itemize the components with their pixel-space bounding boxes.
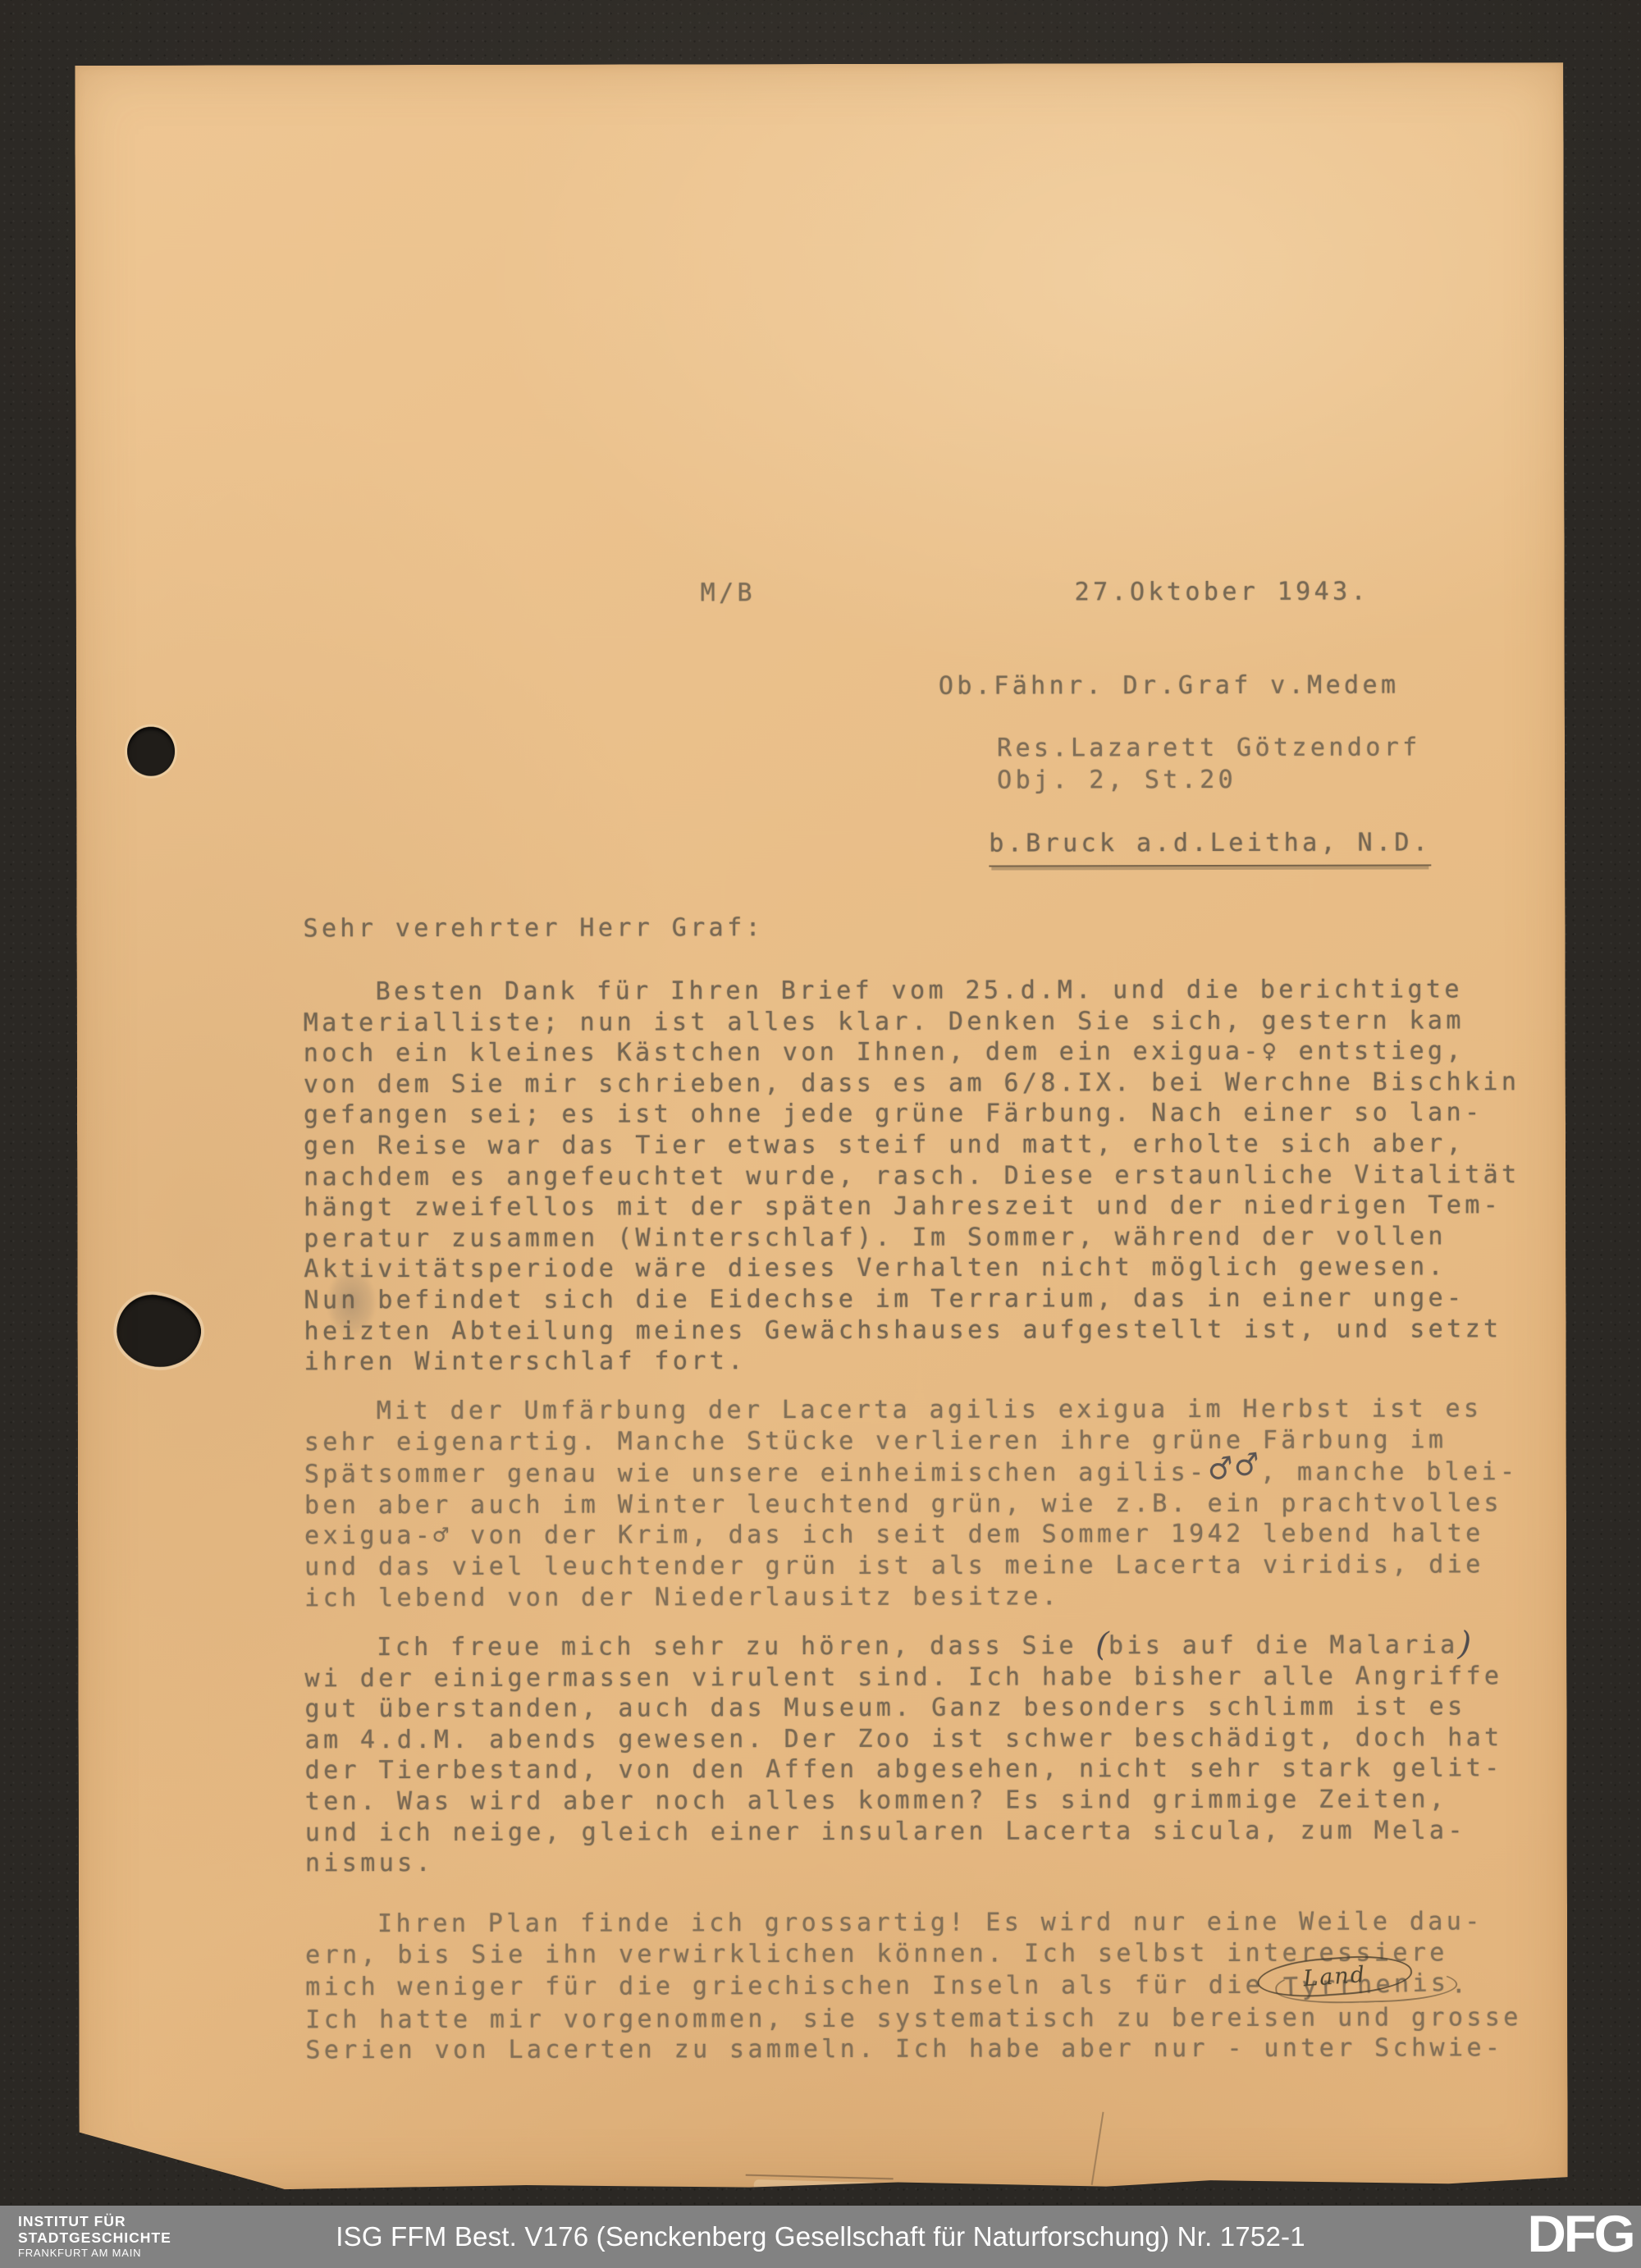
typed-line: Besten Dank für Ihren Brief vom 25.d.M. … bbox=[304, 974, 1562, 1008]
typed-line: ihren Winterschlaf fort. bbox=[304, 1344, 1563, 1378]
typed-text: Spätsommer genau wie unsere einheimische… bbox=[304, 1458, 1208, 1488]
typed-line: noch ein kleines Kästchen von Ihnen, dem… bbox=[304, 1036, 1562, 1069]
typed-line: sehr eigenartig. Manche Stücke verlieren… bbox=[304, 1424, 1563, 1458]
typed-text: Serien von Lacerten zu sammeln. Ich habe… bbox=[305, 2034, 1503, 2065]
typed-text: nismus. bbox=[305, 1849, 434, 1877]
paper-tear-fibre bbox=[754, 2179, 877, 2194]
typed-line: gen Reise war das Tier etwas steif und m… bbox=[304, 1128, 1562, 1162]
typed-text: heizten Abteilung meines Gewächshauses a… bbox=[304, 1315, 1502, 1346]
typed-line: gefangen sei; es ist ohne jede grüne Fär… bbox=[304, 1097, 1562, 1131]
typed-text: der Tierbestand, von den Affen abgesehen… bbox=[305, 1754, 1503, 1786]
typed-text: exigua-♂ von der Krim, das ich seit dem … bbox=[304, 1520, 1484, 1551]
typed-line: Materialliste; nun ist alles klar. Denke… bbox=[304, 1005, 1562, 1039]
typed-line: und ich neige, gleich einer insularen La… bbox=[305, 1815, 1564, 1849]
typed-line: Ich hatte mir vorgenommen, sie systemati… bbox=[305, 2002, 1564, 2036]
typed-text: Ihren Plan finde ich grossartig! Es wird… bbox=[377, 1907, 1483, 1938]
dfg-logo: DFG bbox=[1528, 2205, 1634, 2264]
typed-line: von dem Sie mir schrieben, dass es am 6/… bbox=[304, 1067, 1562, 1100]
typed-line: peratur zusammen (Winterschlaf). Im Somm… bbox=[304, 1221, 1562, 1255]
typed-text: mich weniger für die griechischen Inseln… bbox=[305, 1971, 1282, 2001]
letter-date: 27.Oktober 1943. bbox=[1075, 577, 1369, 608]
typed-text: ben aber auch im Winter leuchtend grün, … bbox=[304, 1488, 1502, 1520]
typed-text: und das viel leuchtender grün ist als me… bbox=[304, 1550, 1484, 1581]
recipient-hospital: Res.Lazarett Götzendorf bbox=[997, 732, 1421, 764]
punch-hole-top bbox=[127, 727, 175, 776]
typed-text: Aktivitätsperiode wäre dieses Verhalten … bbox=[304, 1253, 1447, 1284]
typed-text: Nun befindet sich die Eidechse im Terrar… bbox=[304, 1283, 1465, 1315]
typed-line: wi der einigermassen virulent sind. Ich … bbox=[304, 1661, 1563, 1694]
typed-text: ihren Winterschlaf fort. bbox=[304, 1347, 747, 1376]
paper-tear-bottom-right bbox=[1091, 2112, 1104, 2185]
typed-line: ten. Was wird aber noch alles kommen? Es… bbox=[305, 1784, 1564, 1818]
typed-text: ten. Was wird aber noch alles kommen? Es… bbox=[305, 1785, 1448, 1816]
typist-reference: M/B bbox=[701, 578, 756, 609]
archive-footer-bar: INSTITUT FÜR STADTGESCHICHTE FRANKFURT A… bbox=[0, 2206, 1641, 2268]
typed-line: Ich freue mich sehr zu hören, dass Sie (… bbox=[304, 1627, 1563, 1663]
typed-text: bis auf die Malaria bbox=[1108, 1630, 1459, 1660]
typed-line: ben aber auch im Winter leuchtend grün, … bbox=[304, 1488, 1563, 1521]
letter-page: M/B 27.Oktober 1943. Ob.Fähnr. Dr.Graf v… bbox=[75, 62, 1567, 2191]
typed-line: am 4.d.M. abends gewesen. Der Zoo ist sc… bbox=[305, 1722, 1564, 1756]
recipient-place-underlined: b.Bruck a.d.Leitha, N.D. bbox=[989, 827, 1431, 867]
typed-line: Nun befindet sich die Eidechse im Terrar… bbox=[304, 1283, 1562, 1316]
typed-line: der Tierbestand, von den Affen abgesehen… bbox=[305, 1753, 1564, 1786]
typed-text: noch ein kleines Kästchen von Ihnen, dem… bbox=[304, 1037, 1465, 1068]
typed-text: Besten Dank für Ihren Brief vom 25.d.M. … bbox=[376, 975, 1463, 1006]
typed-text: sehr eigenartig. Manche Stücke verlieren… bbox=[304, 1425, 1447, 1456]
typed-text: Materialliste; nun ist alles klar. Denke… bbox=[304, 1006, 1465, 1037]
typed-text: gefangen sei; es ist ohne jede grüne Fär… bbox=[304, 1099, 1483, 1130]
typed-line: exigua-♂ von der Krim, das ich seit dem … bbox=[304, 1518, 1563, 1552]
typed-text: ern, bis Sie ihn verwirklichen können. I… bbox=[305, 1938, 1448, 1969]
salutation: Sehr verehrter Herr Graf: bbox=[303, 912, 764, 944]
typed-text: peratur zusammen (Winterschlaf). Im Somm… bbox=[304, 1222, 1447, 1253]
typed-line: nismus. bbox=[305, 1845, 1564, 1879]
typed-line: nachdem es angefeuchtet wurde, rasch. Di… bbox=[304, 1159, 1562, 1193]
typed-text: und ich neige, gleich einer insularen La… bbox=[305, 1816, 1466, 1847]
handwritten-ink: ) bbox=[1458, 1629, 1472, 1660]
typed-line: ich lebend von der Niederlausitz besitze… bbox=[304, 1580, 1563, 1614]
typed-line: und das viel leuchtender grün ist als me… bbox=[304, 1549, 1563, 1583]
paper-tear-bottom-left bbox=[746, 2174, 894, 2180]
typed-text: hängt zweifellos mit der späten Jahresze… bbox=[304, 1191, 1502, 1222]
typed-line: Mit der Umfärbung der Lacerta agilis exi… bbox=[304, 1393, 1563, 1427]
typed-text: nachdem es angefeuchtet wurde, rasch. Di… bbox=[304, 1160, 1520, 1191]
typed-text: Ich hatte mir vorgenommen, sie systemati… bbox=[305, 2003, 1522, 2034]
typed-line: Spätsommer genau wie unsere einheimische… bbox=[304, 1455, 1563, 1490]
typed-line: hängt zweifellos mit der späten Jahresze… bbox=[304, 1190, 1562, 1223]
typed-line: heizten Abteilung meines Gewächshauses a… bbox=[304, 1314, 1562, 1347]
typed-text: von dem Sie mir schrieben, dass es am 6/… bbox=[304, 1068, 1520, 1099]
recipient-unit: Obj. 2, St.20 bbox=[997, 765, 1236, 796]
typed-text: ich lebend von der Niederlausitz besitze… bbox=[304, 1582, 1060, 1612]
handwritten-ink: ( bbox=[1095, 1630, 1108, 1661]
typed-line: Ihren Plan finde ich grossartig! Es wird… bbox=[305, 1906, 1564, 1940]
archive-reference-caption: ISG FFM Best. V176 (Senckenberg Gesellsc… bbox=[0, 2206, 1641, 2268]
recipient-name: Ob.Fähnr. Dr.Graf v.Medem bbox=[939, 670, 1400, 702]
typed-text: gut überstanden, auch das Museum. Ganz b… bbox=[304, 1693, 1465, 1724]
handwritten-ink: ♂♂ bbox=[1205, 1449, 1262, 1487]
punch-hole-bottom bbox=[111, 1288, 208, 1374]
typed-text: gen Reise war das Tier etwas steif und m… bbox=[304, 1129, 1465, 1160]
typed-line: gut überstanden, auch das Museum. Ganz b… bbox=[304, 1691, 1563, 1725]
paragraph-2: Mit der Umfärbung der Lacerta agilis exi… bbox=[304, 1393, 1564, 1613]
typed-text: Mit der Umfärbung der Lacerta agilis exi… bbox=[377, 1394, 1483, 1425]
typed-text: Ich freue mich sehr zu hören, dass Sie bbox=[377, 1631, 1095, 1662]
typed-text: am 4.d.M. abends gewesen. Der Zoo ist sc… bbox=[305, 1723, 1503, 1754]
paragraph-3: Ich freue mich sehr zu hören, dass Sie (… bbox=[304, 1627, 1564, 1879]
scan-background: M/B 27.Oktober 1943. Ob.Fähnr. Dr.Graf v… bbox=[0, 0, 1641, 2268]
typed-line: Aktivitätsperiode wäre dieses Verhalten … bbox=[304, 1251, 1562, 1285]
typed-text: wi der einigermassen virulent sind. Ich … bbox=[304, 1662, 1502, 1693]
typed-text: , manche blei- bbox=[1260, 1457, 1519, 1487]
typed-line: Serien von Lacerten zu sammeln. Ich habe… bbox=[305, 2033, 1564, 2066]
paragraph-1: Besten Dank für Ihren Brief vom 25.d.M. … bbox=[304, 974, 1563, 1378]
